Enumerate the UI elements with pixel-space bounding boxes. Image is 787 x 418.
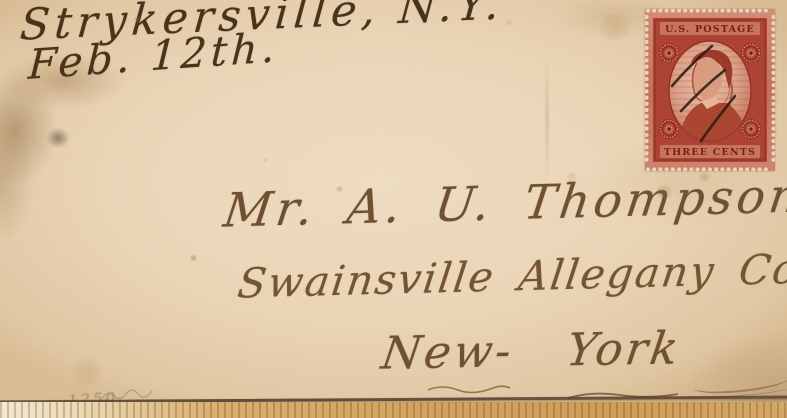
address-state: New- York: [378, 321, 684, 379]
scanned-postal-cover: Strykersville, N.Y. Feb. 12th. Mr. A. U.…: [0, 0, 787, 418]
stamp-top-text: U.S. POSTAGE: [665, 24, 755, 35]
corner-shadow: [677, 330, 787, 405]
scan-background-strip: [0, 402, 787, 418]
postage-stamp: U.S. POSTAGE THREE CENTS: [645, 9, 775, 171]
stamp-bottom-text: THREE CENTS: [664, 147, 756, 158]
paper-crease: [545, 55, 549, 185]
